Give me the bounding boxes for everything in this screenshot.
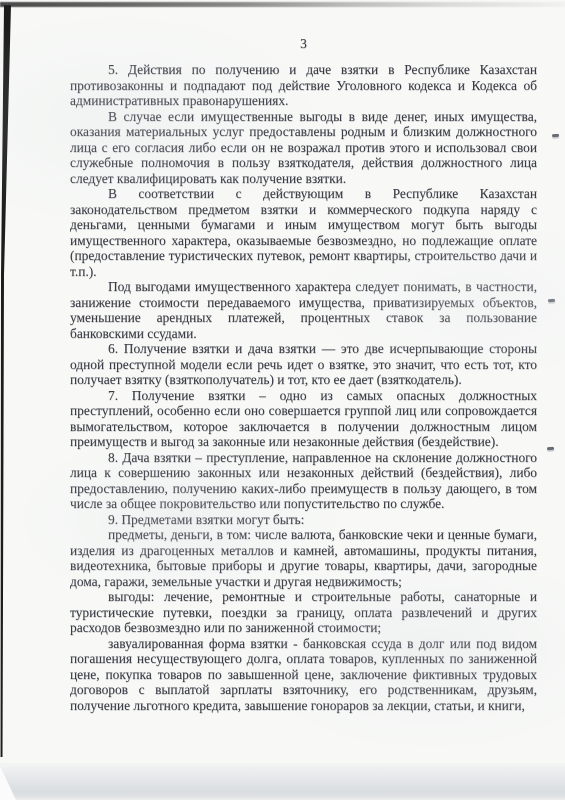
scan-bottom-shadow xyxy=(0,763,565,800)
paragraph: 6. Получение взятки и дача взятки — это … xyxy=(70,341,537,388)
margin-mark-icon xyxy=(548,299,555,302)
margin-mark-icon xyxy=(547,447,554,450)
paragraph: Под выгодами имущественного характера сл… xyxy=(70,279,537,341)
scan-left-edge xyxy=(0,5,12,762)
paragraph: завуалированная форма взятки - банковска… xyxy=(70,636,537,714)
paragraph: предметы, деньги, в том: числе валюта, б… xyxy=(70,527,537,589)
scan-top-edge xyxy=(0,2,565,7)
paragraph: 5. Действия по получению и даче взятки в… xyxy=(70,62,537,109)
paragraph: выгоды: лечение, ремонтные и строительны… xyxy=(70,589,537,636)
document-text: 5. Действия по получению и даче взятки в… xyxy=(70,62,537,713)
margin-mark-icon xyxy=(552,134,559,137)
scanned-document-page: 3 5. Действия по получению и даче взятки… xyxy=(0,0,565,800)
paragraph: 9. Предметами взятки могут быть: xyxy=(70,512,537,528)
paragraph: В соответствии с действующим в Республик… xyxy=(70,186,537,279)
paragraph: В случае если имущественные выгоды в вид… xyxy=(70,109,537,187)
page-number: 3 xyxy=(70,36,537,52)
paragraph: 8. Дача взятки – преступление, направлен… xyxy=(70,450,537,512)
paragraph: 7. Получение взятки – одно из самых опас… xyxy=(70,388,537,450)
